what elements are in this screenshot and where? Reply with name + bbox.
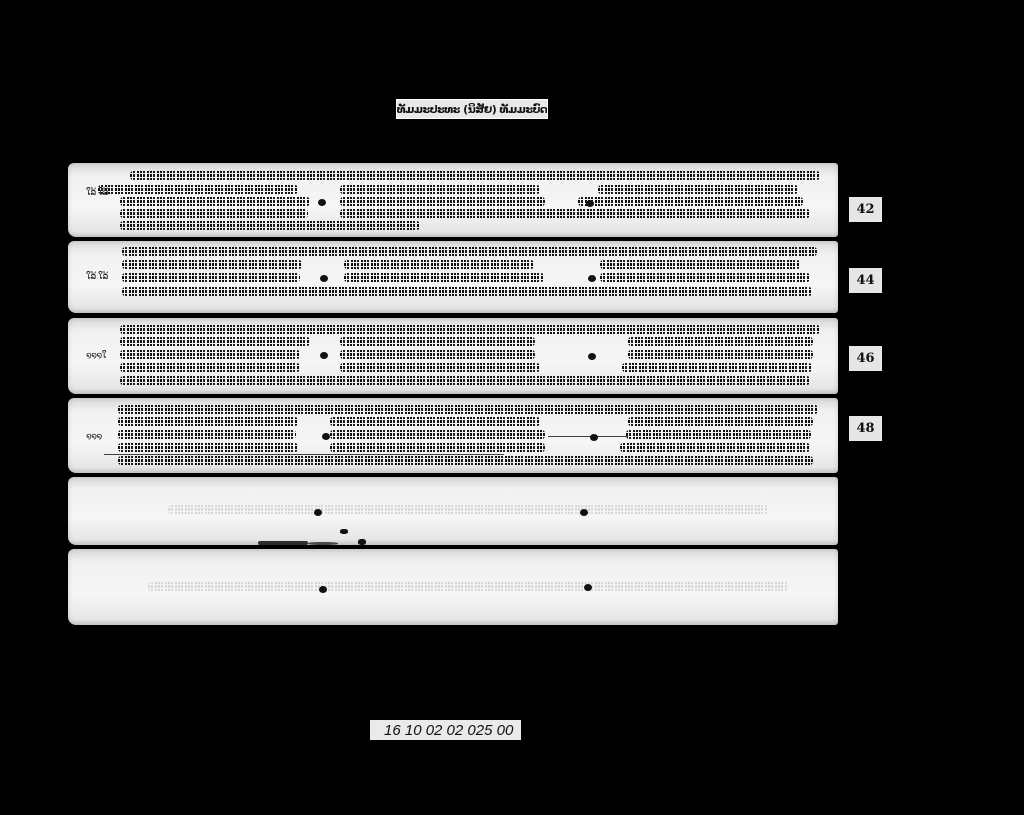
leaf-margin-label: ໑໑໑ໃ bbox=[86, 351, 106, 361]
ruled-line bbox=[548, 436, 628, 437]
text-line bbox=[98, 185, 298, 194]
text-line bbox=[120, 350, 300, 359]
string-hole bbox=[588, 353, 596, 360]
text-line bbox=[600, 273, 810, 282]
text-line bbox=[120, 363, 300, 372]
string-hole bbox=[318, 199, 326, 206]
page-number-label: 44 bbox=[849, 268, 882, 293]
ruled-line bbox=[104, 454, 504, 455]
ink-stain bbox=[358, 539, 366, 545]
text-line bbox=[340, 337, 535, 346]
ink-stain bbox=[308, 542, 338, 545]
text-line bbox=[598, 185, 798, 194]
ink-stain bbox=[258, 541, 308, 545]
palm-leaf-4: ໑໑໑ bbox=[68, 398, 838, 473]
text-line bbox=[330, 430, 545, 439]
text-line bbox=[626, 430, 811, 439]
page-number-label: 46 bbox=[849, 346, 882, 371]
palm-leaf-1: ໃລ້ ໃລ້ bbox=[68, 163, 838, 237]
palm-leaf-2: ໃລ້ ໃລ້ bbox=[68, 241, 838, 313]
faint-text-trace bbox=[148, 582, 788, 591]
text-line bbox=[120, 209, 308, 218]
string-hole bbox=[319, 586, 327, 593]
page-number-label: 48 bbox=[849, 416, 882, 441]
leaf-margin-label: ໑໑໑ bbox=[86, 432, 102, 442]
text-line bbox=[120, 325, 820, 334]
text-line bbox=[344, 260, 534, 269]
leaf-margin-label: ໃລ້ ໃລ້ bbox=[86, 272, 108, 282]
catalog-number-label: 16 10 02 02 025 00 bbox=[370, 720, 521, 740]
text-line bbox=[628, 337, 813, 346]
text-line bbox=[122, 247, 817, 256]
text-line bbox=[344, 273, 544, 282]
text-line bbox=[122, 287, 812, 296]
text-line bbox=[622, 363, 812, 372]
string-hole bbox=[590, 434, 598, 441]
text-line bbox=[628, 350, 813, 359]
string-hole bbox=[586, 200, 594, 207]
text-line bbox=[330, 417, 540, 426]
string-hole bbox=[584, 584, 592, 591]
text-line bbox=[340, 209, 810, 218]
text-line bbox=[118, 417, 298, 426]
text-line bbox=[620, 443, 810, 452]
ink-stain bbox=[340, 529, 348, 534]
text-line bbox=[340, 350, 535, 359]
text-line bbox=[130, 171, 820, 180]
manuscript-title-label: ທັມມະປະທະ (ນິສັຍ) ທັມມະບົດ bbox=[396, 99, 548, 119]
text-line bbox=[122, 273, 300, 282]
string-hole bbox=[580, 509, 588, 516]
text-line bbox=[120, 221, 420, 230]
string-hole bbox=[320, 275, 328, 282]
palm-leaf-5-blank bbox=[68, 477, 838, 545]
text-line bbox=[340, 197, 545, 206]
palm-leaf-3: ໑໑໑ໃ bbox=[68, 318, 838, 394]
text-line bbox=[120, 197, 310, 206]
text-line bbox=[578, 197, 803, 206]
text-line bbox=[628, 417, 813, 426]
string-hole bbox=[314, 509, 322, 516]
string-hole bbox=[320, 352, 328, 359]
text-line bbox=[340, 185, 540, 194]
faint-text-trace bbox=[168, 505, 768, 514]
page-number-label: 42 bbox=[849, 197, 882, 222]
palm-leaf-6-blank bbox=[68, 549, 838, 625]
string-hole bbox=[588, 275, 596, 282]
text-line bbox=[122, 260, 302, 269]
leaf-margin-label: ໃລ້ ໃລ້ bbox=[86, 188, 108, 198]
text-line bbox=[120, 337, 310, 346]
text-line bbox=[330, 443, 545, 452]
text-line bbox=[340, 363, 540, 372]
text-line bbox=[118, 443, 298, 452]
text-line bbox=[118, 430, 296, 439]
text-line bbox=[600, 260, 800, 269]
text-line bbox=[118, 456, 813, 465]
text-line bbox=[118, 405, 818, 414]
string-hole bbox=[322, 433, 330, 440]
text-line bbox=[120, 376, 810, 385]
